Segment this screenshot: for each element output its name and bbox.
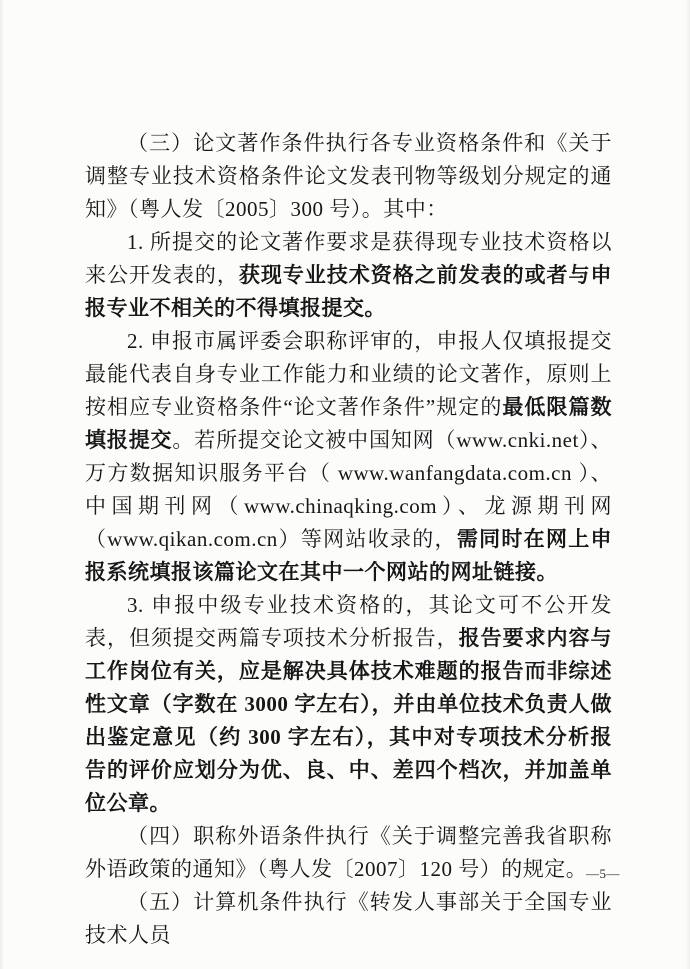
text-run: （五）计算机条件执行《转发人事部关于全国专业技术人员 [85,890,612,947]
paragraph: （三）论文著作条件执行各专业资格条件和《关于调整专业技术资格条件论文发表刊物等级… [85,127,612,226]
paragraph: 2. 申报市属评委会职称评审的，申报人仅填报提交最能代表自身专业工作能力和业绩的… [85,325,612,589]
scan-edge-artifact-left [0,0,4,969]
text-run: （四）职称外语条件执行《关于调整完善我省职称外语政策的通知》（粤人发〔2007〕… [85,824,612,881]
paragraph: 3. 申报中级专业技术资格的，其论文可不公开发表，但须提交两篇专项技术分析报告，… [85,589,612,820]
paragraph: 1. 所提交的论文著作要求是获得现专业技术资格以来公开发表的，获现专业技术资格之… [85,226,612,325]
text-run: （三）论文著作条件执行各专业资格条件和《关于调整专业技术资格条件论文发表刊物等级… [85,131,612,221]
paragraph: （四）职称外语条件执行《关于调整完善我省职称外语政策的通知》（粤人发〔2007〕… [85,820,612,886]
page-number: —5— [586,866,620,882]
paragraph: （五）计算机条件执行《转发人事部关于全国专业技术人员 [85,886,612,952]
document-page-body: （三）论文著作条件执行各专业资格条件和《关于调整专业技术资格条件论文发表刊物等级… [85,127,612,952]
scan-edge-artifact-right [686,0,690,969]
text-run-emphasis: 报告要求内容与工作岗位有关，应是解决具体技术难题的报告而非综述性文章（字数在 3… [85,626,612,815]
